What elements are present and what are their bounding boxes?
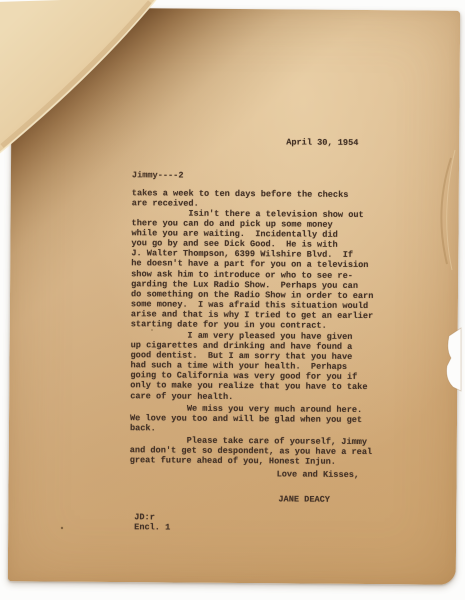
letter-salutation: Jimmy----2 xyxy=(132,170,184,180)
letter-paragraph: Please take care of yourself, Jimmy and … xyxy=(130,435,373,467)
letter-date: April 30, 1954 xyxy=(286,137,358,148)
typist-initials: JD:r xyxy=(134,512,155,522)
letter-paragraph: We miss you very much around here. We lo… xyxy=(130,403,362,435)
letter-paragraph: Isin't there a television show out there… xyxy=(131,208,374,331)
enclosure-note: Encl. 1 xyxy=(134,522,170,532)
letter-page: April 30, 1954 Jimmy----2 takes a week t… xyxy=(8,7,460,585)
letter-paragraph: I am very pleased you have given up ciga… xyxy=(130,330,368,403)
letter-signature: JANE DEACY xyxy=(278,494,330,504)
typist-enclosure-block: JD:r Encl. 1 xyxy=(134,512,170,532)
letter-closing: Love and Kisses, xyxy=(277,469,360,480)
scanned-letter: April 30, 1954 Jimmy----2 takes a week t… xyxy=(0,0,465,600)
letter-paragraph: takes a week to ten days before the chec… xyxy=(132,188,349,210)
